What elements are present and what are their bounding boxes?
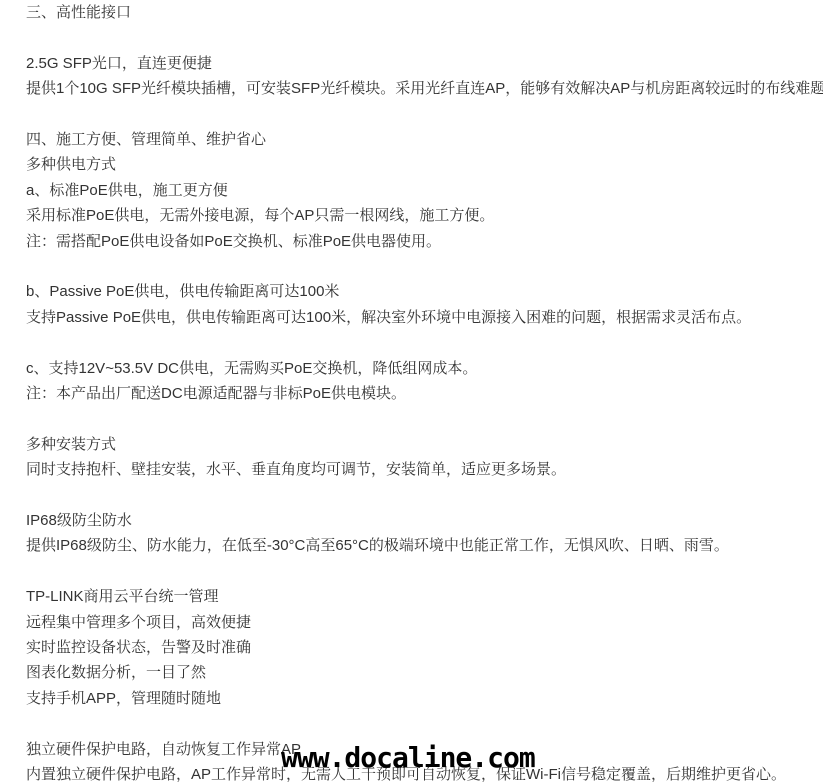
standard-poe-note: 注：需搭配PoE供电设备如PoE交换机、标准PoE供电器使用。 (26, 229, 823, 254)
standard-poe-desc: 采用标准PoE供电，无需外接电源，每个AP只需一根网线，施工方便。 (26, 203, 823, 228)
section-3-heading-group: 三、高性能接口 (26, 0, 823, 25)
dc-power-title: c、支持12V~53.5V DC供电，无需购买PoE交换机，降低组网成本。 (26, 356, 823, 381)
ip68-desc: 提供IP68级防尘、防水能力，在低至-30°C高至65°C的极端环境中也能正常工… (26, 533, 823, 558)
cloud-chart-analysis-line: 图表化数据分析，一目了然 (26, 660, 823, 685)
cloud-monitor-line: 实时监控设备状态，告警及时准确 (26, 635, 823, 660)
dc-power-group: c、支持12V~53.5V DC供电，无需购买PoE交换机，降低组网成本。 注：… (26, 356, 823, 407)
sfp-feature-desc: 提供1个10G SFP光纤模块插槽，可安装SFP光纤模块。采用光纤直连AP，能够… (26, 76, 823, 101)
sfp-feature-title: 2.5G SFP光口，直连更便捷 (26, 51, 823, 76)
passive-poe-title: b、Passive PoE供电，供电传输距离可达100米 (26, 279, 823, 304)
section-4-power-group: 四、施工方便、管理简单、维护省心 多种供电方式 a、标准PoE供电，施工更方便 … (26, 127, 823, 254)
sfp-feature-group: 2.5G SFP光口，直连更便捷 提供1个10G SFP光纤模块插槽，可安装SF… (26, 51, 823, 102)
install-modes-desc: 同时支持抱杆、壁挂安装，水平、垂直角度均可调节，安装简单，适应更多场景。 (26, 457, 823, 482)
section-3-heading: 三、高性能接口 (26, 0, 823, 25)
cloud-remote-manage-line: 远程集中管理多个项目，高效便捷 (26, 610, 823, 635)
ip68-group: IP68级防尘防水 提供IP68级防尘、防水能力，在低至-30°C高至65°C的… (26, 508, 823, 559)
passive-poe-group: b、Passive PoE供电，供电传输距离可达100米 支持Passive P… (26, 279, 823, 330)
cloud-mobile-app-line: 支持手机APP，管理随时随地 (26, 686, 823, 711)
passive-poe-desc: 支持Passive PoE供电，供电传输距离可达100米，解决室外环境中电源接入… (26, 305, 823, 330)
hardware-protect-title: 独立硬件保护电路，自动恢复工作异常AP (26, 737, 823, 762)
install-modes-group: 多种安装方式 同时支持抱杆、壁挂安装，水平、垂直角度均可调节，安装简单，适应更多… (26, 432, 823, 483)
hardware-protect-desc: 内置独立硬件保护电路，AP工作异常时，无需人工干预即可自动恢复，保证Wi-Fi信… (26, 762, 823, 782)
standard-poe-title: a、标准PoE供电，施工更方便 (26, 178, 823, 203)
power-modes-title: 多种供电方式 (26, 152, 823, 177)
section-4-heading: 四、施工方便、管理简单、维护省心 (26, 127, 823, 152)
install-modes-title: 多种安装方式 (26, 432, 823, 457)
ip68-title: IP68级防尘防水 (26, 508, 823, 533)
cloud-management-group: TP-LINK商用云平台统一管理 远程集中管理多个项目，高效便捷 实时监控设备状… (26, 584, 823, 711)
cloud-management-title: TP-LINK商用云平台统一管理 (26, 584, 823, 609)
hardware-protect-group: 独立硬件保护电路，自动恢复工作异常AP 内置独立硬件保护电路，AP工作异常时，无… (26, 737, 823, 782)
product-description-document: 三、高性能接口 2.5G SFP光口，直连更便捷 提供1个10G SFP光纤模块… (0, 0, 823, 782)
dc-power-note: 注：本产品出厂配送DC电源适配器与非标PoE供电模块。 (26, 381, 823, 406)
